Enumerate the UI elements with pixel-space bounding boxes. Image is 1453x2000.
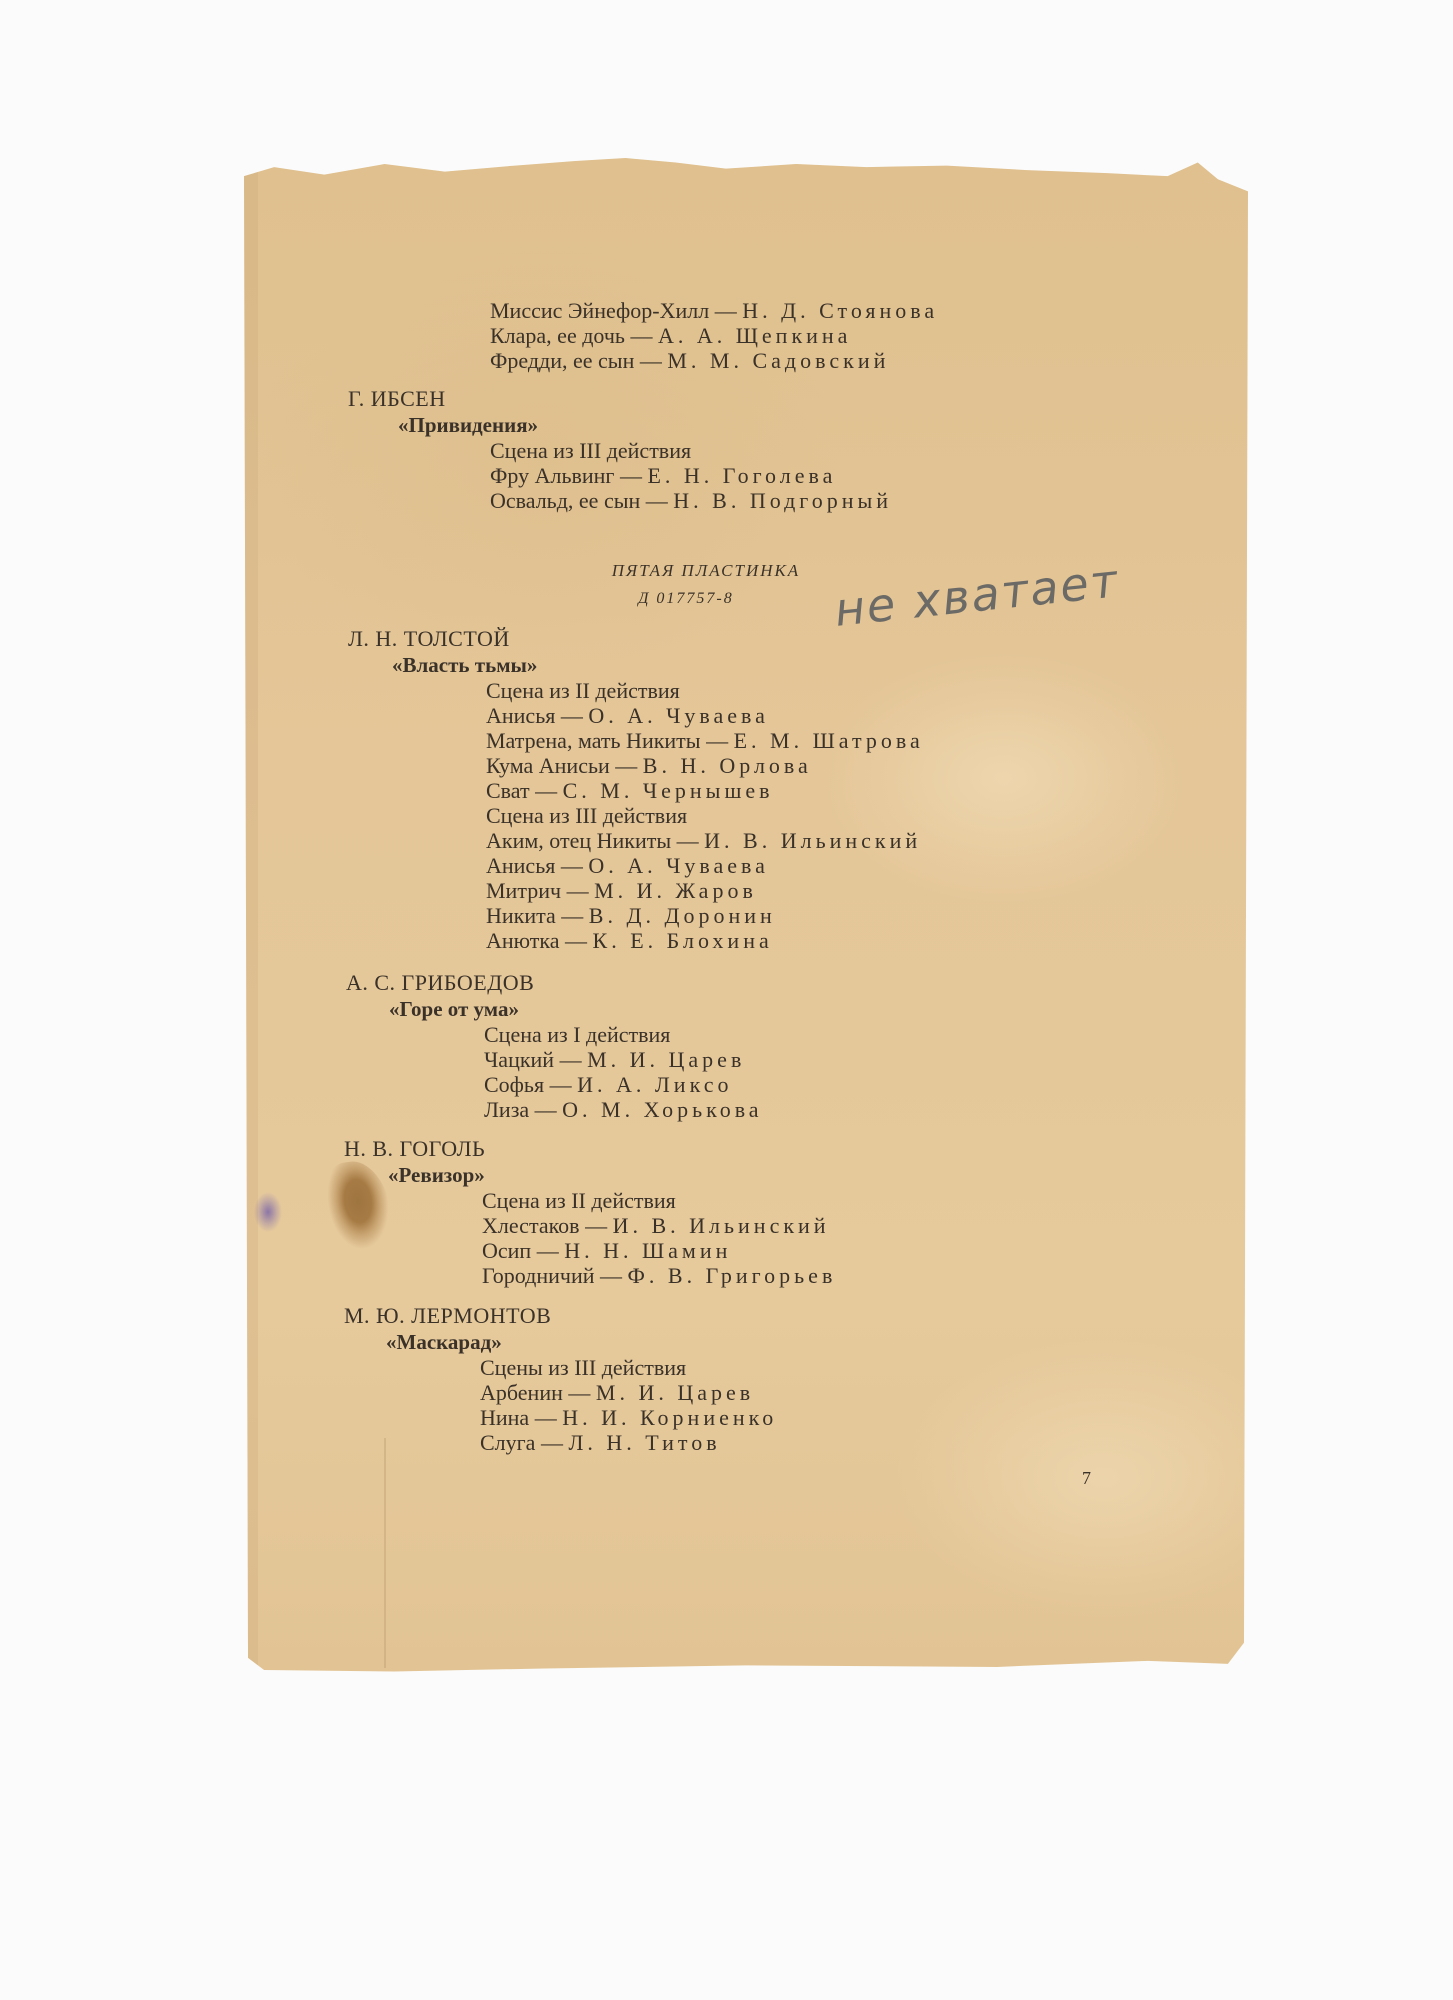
scene-label: Сцена из III действия (490, 438, 691, 464)
cast-line: Чацкий — М. И. Царев (484, 1047, 745, 1073)
cast-line: Фредди, ее сын — М. М. Садовский (490, 348, 889, 374)
purple-ink-spot (250, 1190, 286, 1234)
left-fold-edge (244, 158, 258, 1673)
play-title: «Привидения» (398, 412, 538, 438)
cast-line: Клара, ее дочь — А. А. Щепкина (490, 323, 851, 349)
author-griboedov: А. С. ГРИБОЕДОВ (346, 970, 534, 996)
author-lermontov: М. Ю. ЛЕРМОНТОВ (344, 1303, 551, 1329)
cast-line: Лиза — О. М. Хорькова (484, 1097, 763, 1123)
cast-line: Слуга — Л. Н. Титов (480, 1430, 721, 1456)
cast-line: Осип — Н. Н. Шамин (482, 1238, 731, 1264)
play-title: «Горе от ума» (389, 996, 519, 1022)
author-tolstoy: Л. Н. ТОЛСТОЙ (348, 626, 510, 652)
cast-line: Анютка — К. Е. Блохина (486, 928, 773, 954)
cast-line: Софья — И. А. Ликсо (484, 1072, 732, 1098)
bottom-crease (384, 1438, 386, 1668)
cast-line: Городничий — Ф. В. Григорьев (482, 1263, 836, 1289)
scene-label: Сцены из III действия (480, 1355, 686, 1381)
cast-line: Митрич — М. И. Жаров (486, 878, 757, 904)
cast-line: Миссис Эйнефор-Хилл — Н. Д. Стоянова (490, 298, 938, 324)
scene-label: Сцена из II действия (482, 1188, 676, 1214)
author-gogol: Н. В. ГОГОЛЬ (344, 1136, 485, 1162)
cast-line: Фру Альвинг — Е. Н. Гоголева (490, 463, 836, 489)
play-title: «Маскарад» (386, 1329, 502, 1355)
cast-line: Матрена, мать Никиты — Е. М. Шатрова (486, 728, 924, 754)
cast-line: Аким, отец Никиты — И. В. Ильинский (486, 828, 921, 854)
cast-line: Анисья — О. А. Чуваева (486, 853, 769, 879)
cast-line: Арбенин — М. И. Царев (480, 1380, 754, 1406)
author-ibsen: Г. ИБСЕН (348, 386, 446, 412)
cast-line: Кума Анисьи — В. Н. Орлова (486, 753, 812, 779)
page-number: 7 (1082, 1468, 1091, 1489)
scene-label: Сцена из III действия (486, 803, 687, 829)
cast-line: Хлестаков — И. В. Ильинский (482, 1213, 830, 1239)
cast-line: Освальд, ее сын — Н. В. Подгорный (490, 488, 892, 514)
scene-label: Сцена из II действия (486, 678, 680, 704)
scene-label: Сцена из I действия (484, 1022, 670, 1048)
play-title: «Ревизор» (388, 1162, 485, 1188)
cast-line: Анисья — О. А. Чуваева (486, 703, 769, 729)
cast-line: Нина — Н. И. Корниенко (480, 1405, 777, 1431)
scanned-paper-page: Миссис Эйнефор-Хилл — Н. Д. Стоянова Кла… (244, 158, 1248, 1673)
play-title: «Власть тьмы» (392, 652, 537, 678)
cast-line: Никита — В. Д. Доронин (486, 903, 776, 929)
cast-line: Сват — С. М. Чернышев (486, 778, 774, 804)
